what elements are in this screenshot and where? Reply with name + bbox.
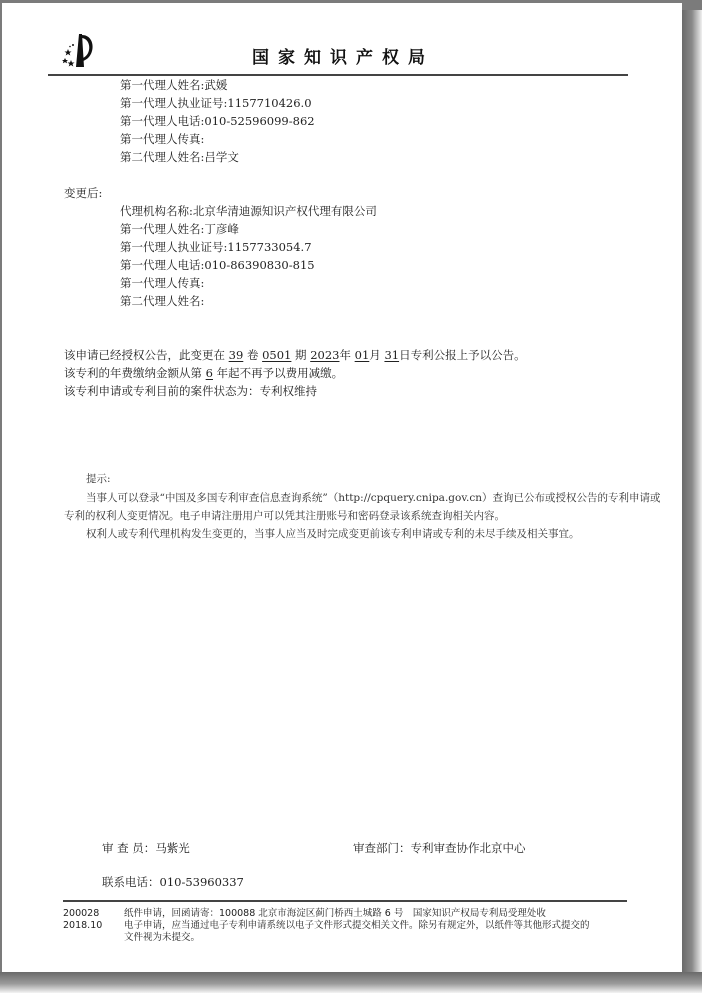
before-field: 第二代理人姓名:吕学文 — [120, 148, 239, 166]
examiner-name: 马紫光 — [155, 841, 190, 855]
field-value: 武媛 — [204, 78, 227, 92]
unit-label: 月 — [369, 348, 381, 362]
gazette-year: 2023 — [310, 348, 339, 362]
field-label: 第一代理人执业证号: — [120, 96, 227, 110]
field-label: 第一代理人电话: — [120, 258, 204, 272]
fee-line: 该专利的年费缴纳金额从第 6 年起不再予以费用减缴。 — [64, 364, 343, 382]
examiner-label: 审 查 员： — [102, 841, 155, 855]
contact-phone: 联系电话：010-53960337 — [102, 873, 244, 891]
department: 审查部门：专利审查协作北京中心 — [353, 839, 526, 857]
announcement-prefix: 该申请已经授权公告，此变更在 — [64, 348, 225, 362]
after-field: 第一代理人传真: — [120, 274, 204, 292]
footer-divider — [63, 900, 627, 902]
page-shadow-bottom — [0, 972, 702, 993]
field-label: 第一代理人传真: — [120, 276, 204, 290]
before-field: 第一代理人姓名:武媛 — [120, 76, 227, 94]
fee-suffix: 年起不再予以费用减缴。 — [217, 366, 344, 380]
phone-value: 010-53960337 — [160, 875, 244, 889]
field-value: 010-86390830-815 — [204, 258, 314, 272]
announcement-suffix: 日专利公报上予以公告。 — [399, 348, 526, 362]
fee-prefix: 该专利的年费缴纳金额从第 — [64, 366, 202, 380]
field-label: 第二代理人姓名: — [120, 294, 204, 308]
phone-label: 联系电话： — [102, 875, 160, 889]
unit-label: 卷 — [247, 348, 259, 362]
cnipa-logo-icon — [52, 31, 107, 69]
field-label: 第二代理人姓名: — [120, 150, 204, 164]
field-value: 吕学文 — [204, 150, 239, 164]
gazette-volume: 39 — [229, 348, 244, 362]
notice-paragraph-2: 权利人或专利代理机构发生变更的，当事人应当及时完成变更前该专利申请或专利的未尽手… — [86, 526, 580, 541]
status-line: 该专利申请或专利目前的案件状态为：专利权维持 — [64, 382, 317, 400]
field-label: 第一代理人电话: — [120, 114, 204, 128]
unit-label: 年 — [339, 348, 351, 362]
field-value: 1157733054.7 — [227, 240, 311, 254]
fee-year: 6 — [206, 366, 213, 380]
after-field: 第一代理人执业证号:1157733054.7 — [120, 238, 312, 256]
before-field: 第一代理人执业证号:1157710426.0 — [120, 94, 312, 112]
page-shadow-right — [682, 10, 702, 985]
field-value: 1157710426.0 — [227, 96, 311, 110]
footer-electronic-filing-cont: 文件视为未提交。 — [124, 932, 200, 943]
status-label: 该专利申请或专利目前的案件状态为： — [64, 384, 260, 398]
examiner: 审 查 员：马紫光 — [102, 839, 190, 857]
before-field: 第一代理人传真: — [120, 130, 204, 148]
after-heading: 变更后: — [64, 184, 102, 202]
notice-paragraph-1-line-1: 当事人可以登录“中国及多国专利审查信息查询系统”（http://cpquery.… — [86, 490, 661, 505]
department-name: 专利审查协作北京中心 — [411, 841, 526, 855]
form-date: 2018.10 — [63, 920, 102, 931]
after-field: 第二代理人姓名: — [120, 292, 204, 310]
notice-paragraph-1-line-2: 专利的权利人变更情况。电子申请注册用户可以凭其注册账号和密码登录该系统查询相关内… — [64, 508, 505, 523]
announcement-line: 该申请已经授权公告，此变更在 39 卷 0501 期 2023年 01月 31日… — [64, 346, 526, 364]
form-code: 200028 — [63, 908, 99, 919]
page-title: 国家知识产权局 — [252, 43, 434, 68]
field-value: 丁彦峰 — [204, 222, 239, 236]
gazette-month: 01 — [355, 348, 370, 362]
after-field: 第一代理人电话:010-86390830-815 — [120, 256, 315, 274]
gazette-issue: 0501 — [262, 348, 291, 362]
after-field: 第一代理人姓名:丁彦峰 — [120, 220, 239, 238]
before-field: 第一代理人电话:010-52596099-862 — [120, 112, 315, 130]
department-label: 审查部门： — [353, 841, 411, 855]
footer-electronic-filing: 电子申请，应当通过电子专利申请系统以电子文件形式提交相关文件。除另有规定外，以纸… — [124, 920, 590, 931]
unit-label: 期 — [295, 348, 307, 362]
status-value: 专利权维持 — [260, 384, 318, 398]
document-page: 国家知识产权局 第一代理人姓名:武媛 第一代理人执业证号:1157710426.… — [2, 3, 682, 972]
footer-paper-filing: 纸件申请，回函请寄：100088 北京市海淀区蓟门桥西土城路 6 号 国家知识产… — [124, 908, 546, 919]
field-label: 第一代理人姓名: — [120, 222, 204, 236]
gazette-day: 31 — [384, 348, 399, 362]
after-field: 代理机构名称:北京华清迪源知识产权代理有限公司 — [120, 202, 377, 220]
field-label: 第一代理人执业证号: — [120, 240, 227, 254]
field-label: 第一代理人传真: — [120, 132, 204, 146]
field-value: 北京华清迪源知识产权代理有限公司 — [193, 204, 377, 218]
field-label: 第一代理人姓名: — [120, 78, 204, 92]
field-label: 代理机构名称: — [120, 204, 193, 218]
notice-heading: 提示: — [86, 471, 111, 486]
field-value: 010-52596099-862 — [204, 114, 314, 128]
